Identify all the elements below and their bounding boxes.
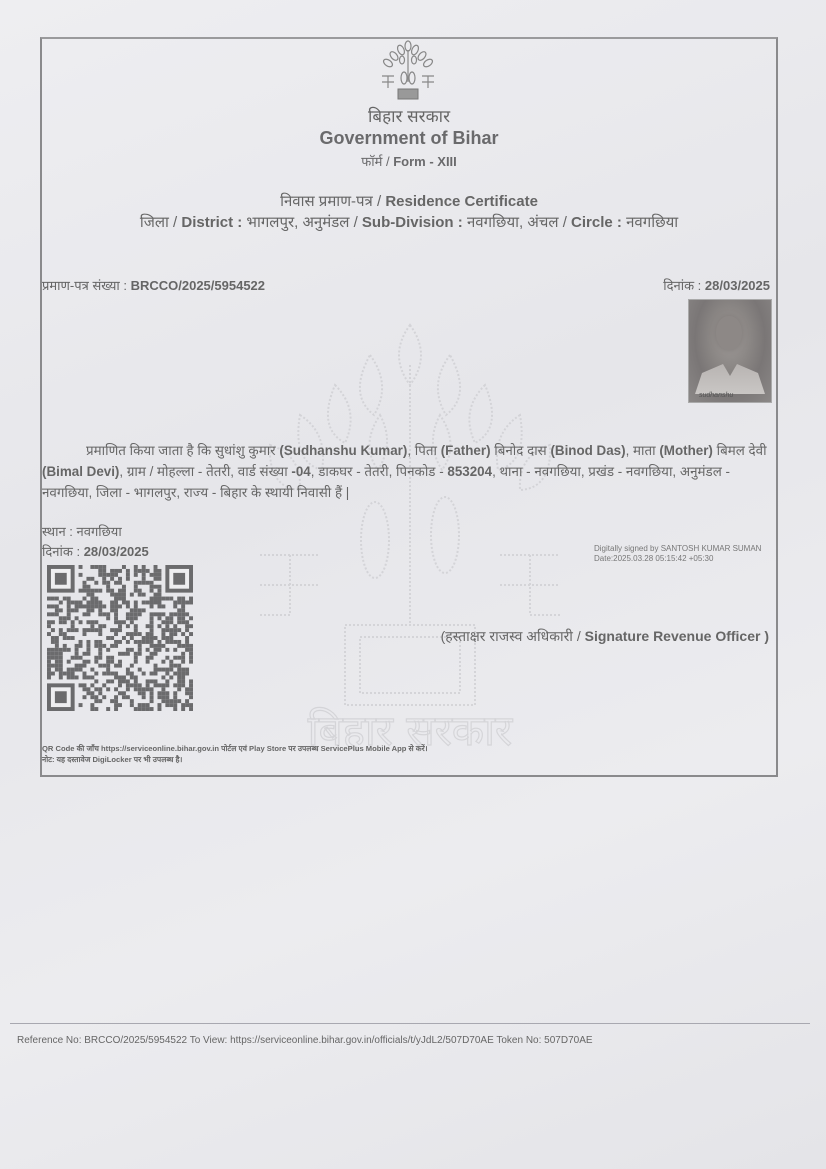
signatory-designation: (हस्ताक्षर राजस्व अधिकारी / Signature Re… bbox=[441, 627, 769, 646]
certificate-title: निवास प्रमाण-पत्र / Residence Certificat… bbox=[40, 191, 778, 211]
pincode: 853204 bbox=[447, 464, 492, 479]
certification-statement: प्रमाणित किया जाता है कि सुधांशु कुमार (… bbox=[42, 440, 772, 503]
statement-text: प्रमाणित किया जाता है कि सुधांशु कुमार bbox=[86, 443, 279, 458]
circle-label-en: Circle : bbox=[571, 214, 622, 231]
digilocker-note: नोट: यह दस्तावेज DigiLocker पर भी उपलब्ध… bbox=[42, 754, 428, 765]
cert-no-label: प्रमाण-पत्र संख्या : bbox=[42, 278, 127, 293]
statement-text: , माता bbox=[626, 443, 660, 458]
form-number: फॉर्म / Form - XIII bbox=[40, 152, 778, 170]
date-value: 28/03/2025 bbox=[84, 544, 149, 559]
applicant-name-en: (Sudhanshu Kumar) bbox=[279, 443, 407, 458]
date-label: दिनांक : bbox=[663, 278, 701, 293]
verification-qr-code[interactable] bbox=[47, 565, 193, 711]
digital-signer: Digitally signed by SANTOSH KUMAR SUMAN bbox=[594, 544, 761, 554]
digital-signature: Digitally signed by SANTOSH KUMAR SUMAN … bbox=[594, 544, 761, 564]
state-govt-english: Government of Bihar bbox=[40, 128, 778, 149]
designation-hindi: (हस्ताक्षर राजस्व अधिकारी / bbox=[441, 628, 581, 644]
title-english: Residence Certificate bbox=[385, 193, 538, 210]
mother-label: (Mother) bbox=[659, 443, 713, 458]
applicant-photo: sudhanshu bbox=[688, 299, 772, 403]
state-govt-hindi: बिहार सरकार bbox=[40, 104, 778, 127]
certificate-number: प्रमाण-पत्र संख्या : BRCCO/2025/5954522 bbox=[42, 276, 265, 294]
issue-date-bottom: दिनांक : 28/03/2025 bbox=[42, 542, 149, 560]
date-value: 28/03/2025 bbox=[705, 278, 770, 293]
bihar-emblem-watermark: बिहार सरकार bbox=[250, 305, 570, 755]
statement-text: , पिता bbox=[407, 443, 440, 458]
subdivision-label-hi: अनुमंडल / bbox=[302, 214, 357, 231]
form-label-english: Form - XIII bbox=[393, 154, 457, 169]
father-name-hi: बिनोद दास bbox=[491, 443, 551, 458]
title-hindi: निवास प्रमाण-पत्र / bbox=[280, 193, 381, 210]
designation-english: Signature Revenue Officer ) bbox=[585, 628, 769, 644]
bihar-emblem-icon bbox=[378, 38, 438, 100]
jurisdiction-line: जिला / District : भागलपुर, अनुमंडल / Sub… bbox=[40, 212, 778, 232]
place-label: स्थान : bbox=[42, 524, 73, 539]
date-label: दिनांक : bbox=[42, 544, 80, 559]
circle-label-hi: अंचल / bbox=[527, 214, 567, 231]
address-text: , डाकघर - तेतरी, पिनकोड - bbox=[311, 464, 448, 479]
district-label-hi: जिला / bbox=[140, 214, 177, 231]
subdivision-value: नवगछिया, bbox=[467, 214, 523, 231]
district-value: भागलपुर, bbox=[246, 214, 298, 231]
place-value: नवगछिया bbox=[77, 524, 122, 539]
address-text: , ग्राम / मोहल्ला - तेतरी, वार्ड संख्या bbox=[119, 464, 291, 479]
verification-note: QR Code की जाँच https://serviceonline.bi… bbox=[42, 743, 428, 765]
mother-name-hi: बिमल देवी bbox=[713, 443, 767, 458]
issue-place: स्थान : नवगछिया bbox=[42, 522, 122, 540]
form-label-hindi: फॉर्म / bbox=[361, 154, 389, 169]
issue-date: दिनांक : 28/03/2025 bbox=[663, 276, 770, 294]
circle-value: नवगछिया bbox=[626, 214, 678, 231]
cert-no-value: BRCCO/2025/5954522 bbox=[131, 278, 265, 293]
district-label-en: District : bbox=[181, 214, 242, 231]
subdivision-label-en: Sub-Division : bbox=[362, 214, 463, 231]
digital-sign-date: Date:2025.03.28 05:15:42 +05:30 bbox=[594, 554, 761, 564]
photo-face bbox=[716, 316, 742, 350]
ward-number: -04 bbox=[291, 464, 310, 479]
photo-signature: sudhanshu bbox=[699, 392, 733, 399]
mother-name-en: (Bimal Devi) bbox=[42, 464, 119, 479]
qr-verification-instruction: QR Code की जाँच https://serviceonline.bi… bbox=[42, 743, 428, 754]
reference-footer: Reference No: BRCCO/2025/5954522 To View… bbox=[17, 1035, 593, 1046]
footer-divider bbox=[10, 1023, 810, 1024]
father-name-en: (Binod Das) bbox=[550, 443, 625, 458]
father-label: (Father) bbox=[441, 443, 491, 458]
photo-shirt bbox=[695, 364, 765, 394]
